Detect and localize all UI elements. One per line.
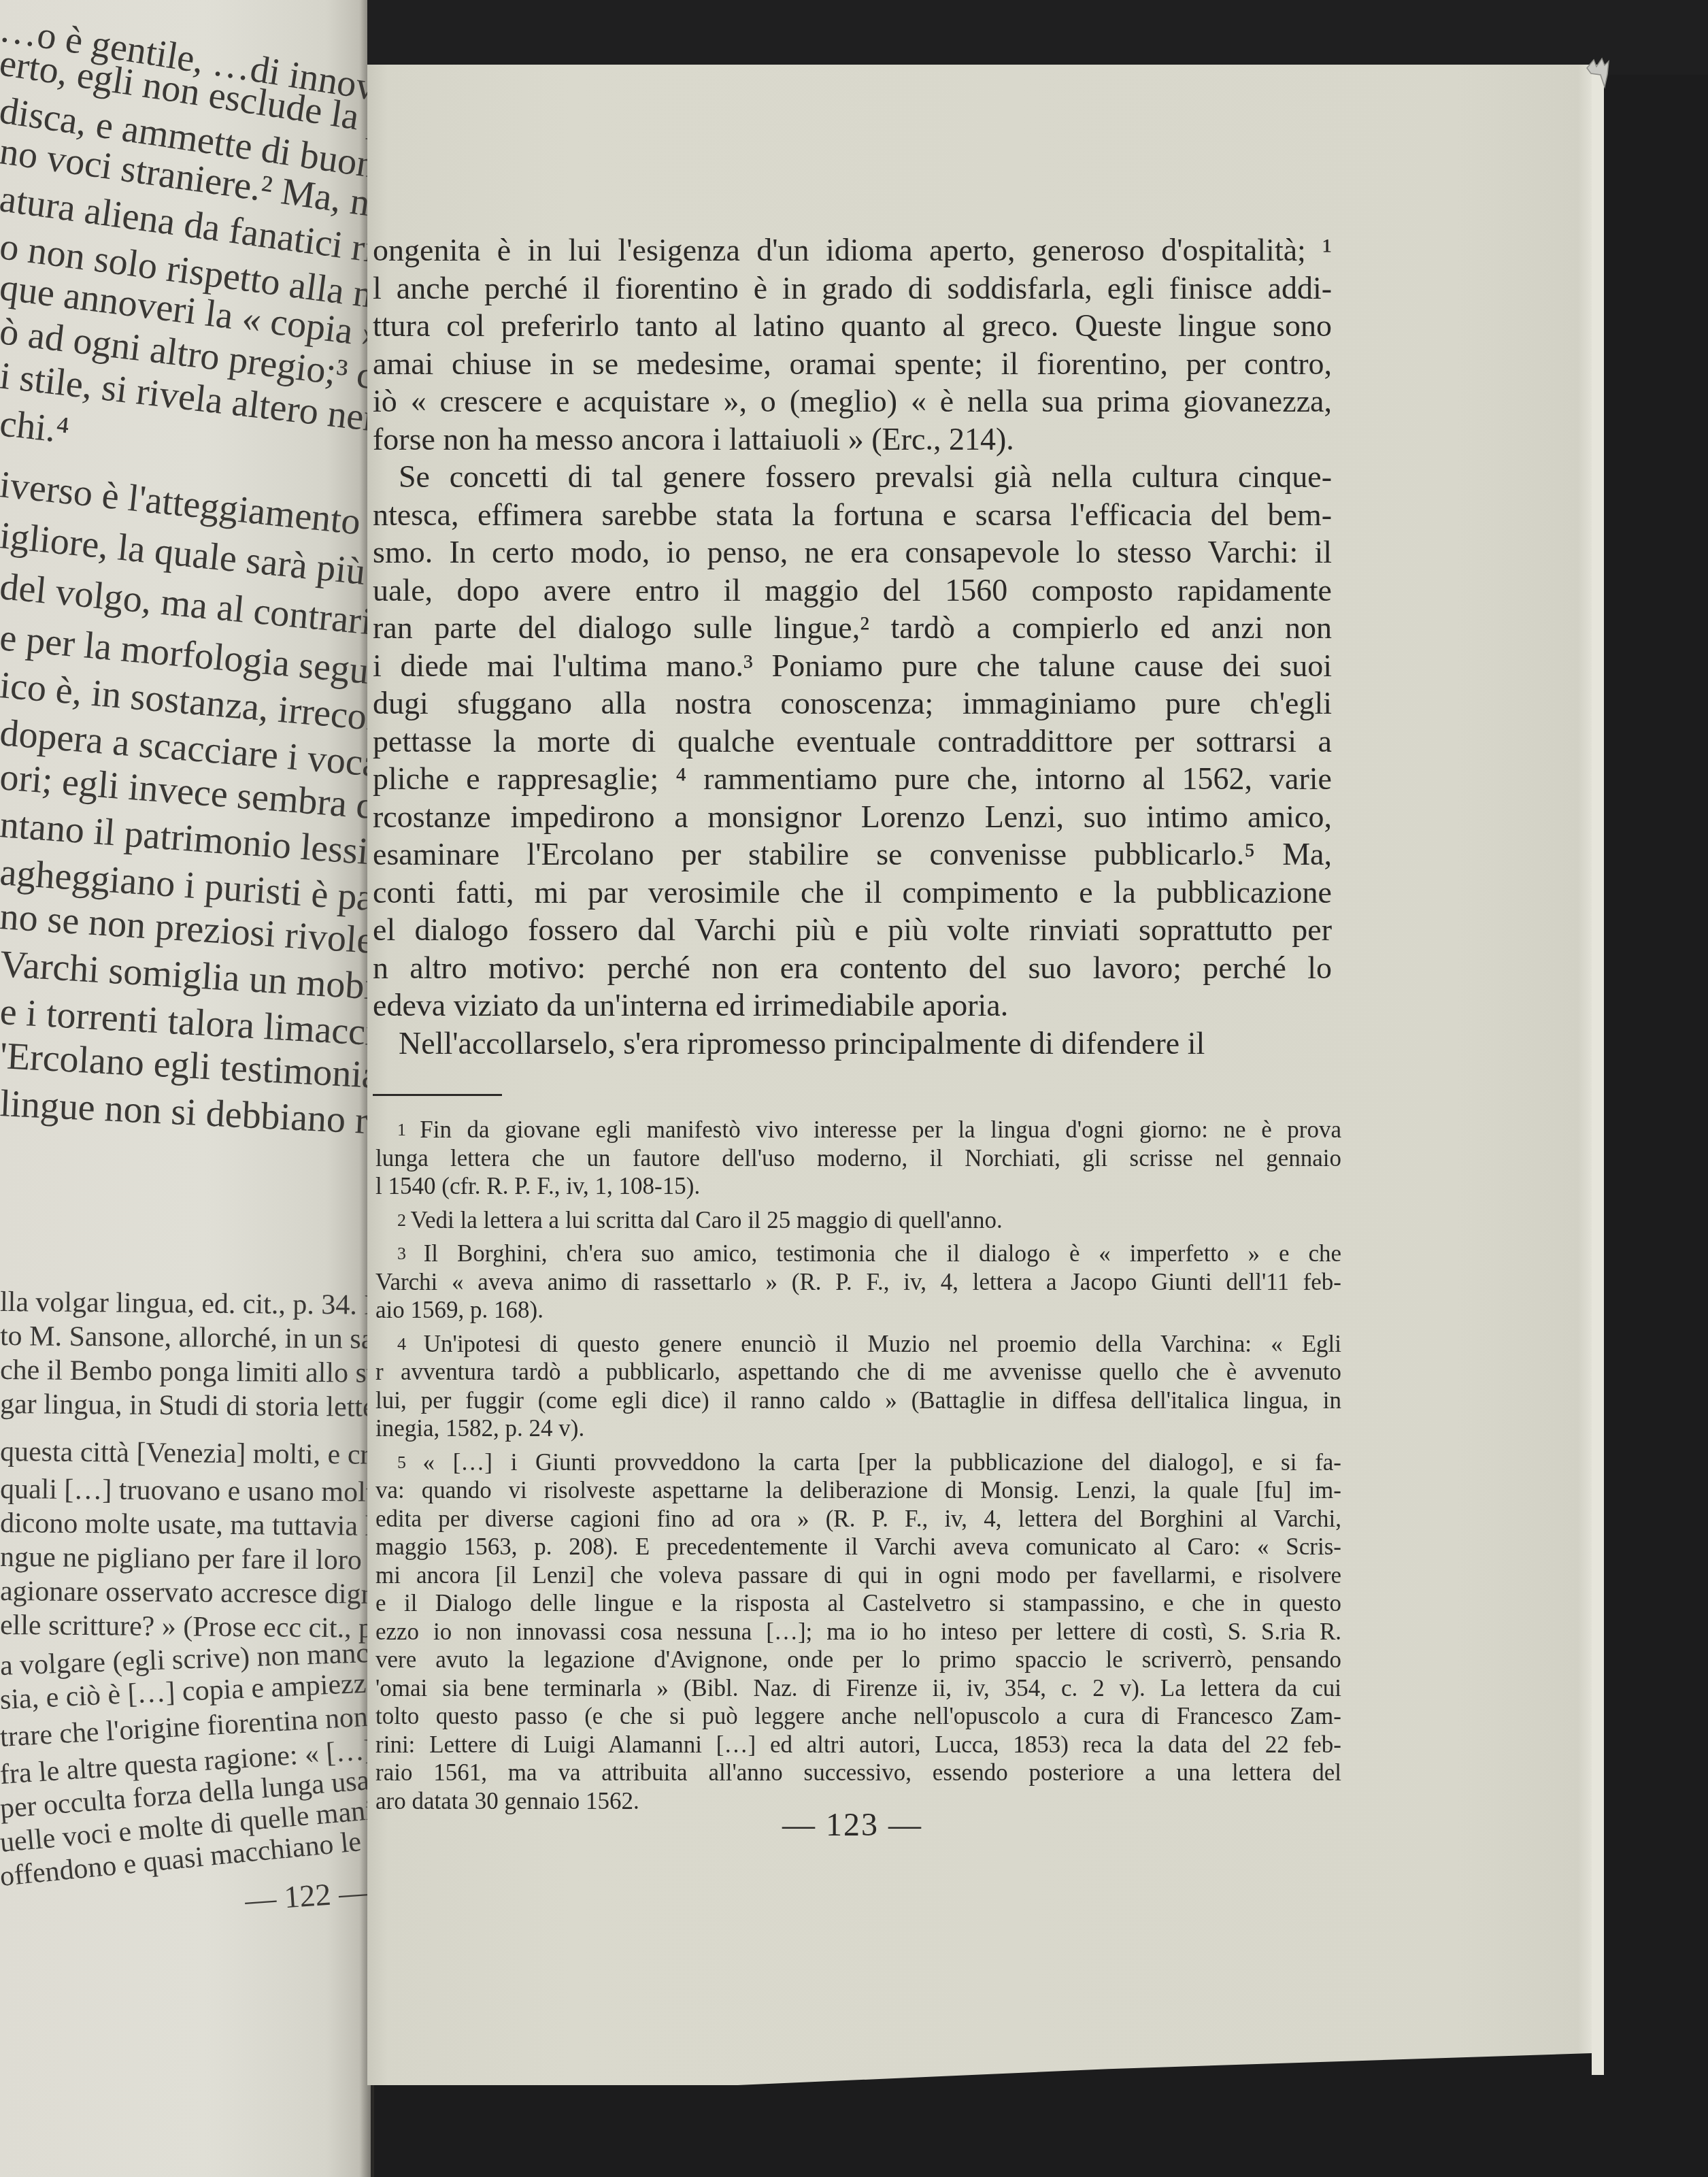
footnote-text: tolto questo passo (e che si può leggere… [375,1703,1341,1729]
paragraph: Se concetti di tal genere fossero preval… [373,458,1332,1025]
left-page-text: …o è gentile, …di innovazioni eerto, egl… [0,0,371,2177]
left-footnote-line: to M. Sansone, allorché, in un saggio [0,1320,371,1356]
text-line: edeva viziato da un'interna ed irrimedia… [373,986,1332,1025]
text-line: rcostanze impedirono a monsignor Lorenzo… [373,798,1332,836]
footnote-line: 2 Vedi la lettera a lui scritta dal Caro… [375,1206,1341,1235]
text-line: conti fatti, mi par verosimile che il co… [373,874,1332,912]
right-page-number: — 123 — [782,1806,922,1844]
text-line: forse non ha messo ancora i lattaiuoli »… [373,420,1332,459]
text-line: ran parte del dialogo sulle lingue,² tar… [373,609,1332,647]
right-page-body: ongenita è in lui l'esigenza d'un idioma… [373,231,1332,1062]
left-footnote-line: gar lingua, in Studi di storia letterari… [0,1388,371,1424]
text-line: pliche e rappresaglie; ⁴ rammentiamo pur… [373,760,1332,798]
text-line: el dialogo fossero dal Varchi più e più … [373,911,1332,949]
paragraph: ongenita è in lui l'esigenza d'un idioma… [373,231,1332,458]
footnote-text: vere avuto la legazione d'Avignone, onde… [375,1646,1341,1673]
footnote-line: aio 1569, p. 168). [375,1296,1341,1325]
footnote: 1 Fin da giovane egli manifestò vivo int… [375,1116,1341,1206]
torn-corner-icon [1581,54,1615,95]
left-footnote-line: dicono molte usate, ma tuttavia le pongo… [0,1507,371,1544]
footnote-text: r avventura tardò a pubblicarlo, aspetta… [375,1359,1341,1385]
right-page-footnotes: 1 Fin da giovane egli manifestò vivo int… [375,1116,1341,1821]
footnote-text: maggio 1563, p. 208). E precedentemente … [375,1533,1341,1560]
footnote-line: maggio 1563, p. 208). E precedentemente … [375,1533,1341,1561]
text-line: Se concetti di tal genere fossero preval… [373,458,1332,496]
footnote-line: 4 Un'ipotesi di questo genere enunciò il… [375,1330,1341,1359]
background [367,0,1708,75]
text-line: Nell'accollarselo, s'era ripromesso prin… [373,1025,1332,1063]
footnote-line: inegia, 1582, p. 24 v). [375,1414,1341,1443]
footnote-text: e il Dialogo delle lingue e la risposta … [375,1590,1341,1616]
footnote: 3 Il Borghini, ch'era suo amico, testimo… [375,1240,1341,1330]
footnote: 2 Vedi la lettera a lui scritta dal Caro… [375,1206,1341,1240]
footnote-line: tolto questo passo (e che si può leggere… [375,1702,1341,1731]
left-footnote-line: che il Bembo ponga limiti allo svolgimen… [0,1354,371,1391]
left-footnote-line: questa città [Venezia] molti, e credo [0,1435,371,1472]
footnote-text: raio 1561, ma va attribuita all'anno suc… [375,1759,1341,1786]
footnote-text: mi ancora [il Lenzi] che voleva passare … [375,1562,1341,1589]
footnote-text: Fin da giovane egli manifestò vivo inter… [420,1116,1341,1143]
footnote-line: rini: Lettere di Luigi Alamanni […] ed a… [375,1731,1341,1759]
text-line: esaminare l'Ercolano per stabilire se co… [373,835,1332,874]
left-text-line: chi.⁴ [0,401,71,452]
text-line: ongenita è in lui l'esigenza d'un idioma… [373,231,1332,269]
footnote-text: « […] i Giunti provveddono la carta [per… [422,1449,1341,1476]
footnote-text: aio 1569, p. 168). [375,1297,543,1323]
text-line: dugi sfuggano alla nostra conoscenza; im… [373,684,1332,722]
footnote-text: Vedi la lettera a lui scritta dal Caro i… [411,1207,1003,1233]
footnote-separator [373,1094,502,1096]
footnote-text: rini: Lettere di Luigi Alamanni […] ed a… [375,1731,1341,1758]
footnote-text: Un'ipotesi di questo genere enunciò il M… [424,1331,1341,1357]
footnote-text: lunga lettera che un fautore dell'uso mo… [375,1145,1341,1171]
text-line: i diede mai l'ultima mano.³ Poniamo pure… [373,647,1332,685]
footnote-line: lui, per fuggir (come egli dice) il rann… [375,1386,1341,1415]
text-line: smo. In certo modo, io penso, ne era con… [373,533,1332,571]
footnote: 5 « […] i Giunti provveddono la carta [p… [375,1448,1341,1821]
footnote-number: 5 [397,1452,422,1472]
text-line: n altro motivo: perché non era contento … [373,949,1332,987]
footnote-text: Varchi « aveva animo di rassettarlo » (R… [375,1269,1341,1295]
left-footnote-line: agionare osservato accresce dignità e [0,1575,371,1611]
footnote-text: inegia, 1582, p. 24 v). [375,1415,584,1442]
text-line: ntesca, effimera sarebbe stata la fortun… [373,496,1332,534]
footnote-text: va: quando vi risolveste aspettarne la d… [375,1477,1341,1503]
left-footnote-line: lla volgar lingua, ed. cit., p. 34. Di q… [0,1286,371,1323]
footnote-line: Varchi « aveva animo di rassettarlo » (R… [375,1268,1341,1297]
footnote-line: 1 Fin da giovane egli manifestò vivo int… [375,1116,1341,1144]
footnote-line: 'omai sia bene terminarla » (Bibl. Naz. … [375,1674,1341,1703]
footnote-line: edita per diverse cagioni fino ad ora » … [375,1505,1341,1533]
footnote-text: l 1540 (cfr. R. P. F., iv, 1, 108-15). [375,1173,700,1199]
footnote-line: 3 Il Borghini, ch'era suo amico, testimo… [375,1240,1341,1268]
text-line: ttura col preferirlo tanto al latino qua… [373,307,1332,345]
footnote-text: lui, per fuggir (come egli dice) il rann… [375,1387,1341,1414]
page-edge [1592,68,1604,2075]
footnote-line: lunga lettera che un fautore dell'uso mo… [375,1144,1341,1173]
footnote-number: 4 [397,1334,424,1354]
left-footnote-line: ngue ne pigliano per fare il loro parlar… [0,1541,371,1578]
footnote-text: ezzo io non innovassi cosa nessuna […]; … [375,1618,1341,1645]
footnote-line: r avventura tardò a pubblicarlo, aspetta… [375,1358,1341,1386]
text-line: pettasse la morte di qualche eventuale c… [373,722,1332,761]
text-line: amai chiuse in se medesime, oramai spent… [373,345,1332,383]
text-line: l anche perché il fiorentino è in grado … [373,269,1332,308]
text-line: uale, dopo avere entro il maggio del 156… [373,571,1332,610]
footnote-number: 3 [397,1244,424,1263]
footnote-line: e il Dialogo delle lingue e la risposta … [375,1589,1341,1618]
footnote-line: raio 1561, ma va attribuita all'anno suc… [375,1759,1341,1787]
paragraph: Nell'accollarselo, s'era ripromesso prin… [373,1025,1332,1063]
footnote-text: Il Borghini, ch'era suo amico, testimoni… [424,1240,1341,1267]
footnote-line: mi ancora [il Lenzi] che voleva passare … [375,1561,1341,1590]
footnote-number: 2 [397,1210,411,1230]
footnote-text: 'omai sia bene terminarla » (Bibl. Naz. … [375,1675,1341,1701]
left-footnote-line: quali […] truovano e usano molte voci [0,1473,371,1510]
footnote-line: 5 « […] i Giunti provveddono la carta [p… [375,1448,1341,1477]
footnote-text: aro datata 30 gennaio 1562. [375,1788,639,1814]
text-line: iò « crescere e acquistare », o (meglio)… [373,382,1332,420]
footnote: 4 Un'ipotesi di questo genere enunciò il… [375,1330,1341,1448]
footnote-line: ezzo io non innovassi cosa nessuna […]; … [375,1618,1341,1646]
footnote-line: va: quando vi risolveste aspettarne la d… [375,1476,1341,1505]
footnote-number: 1 [397,1120,420,1140]
footnote-line: vere avuto la legazione d'Avignone, onde… [375,1646,1341,1674]
footnote-text: edita per diverse cagioni fino ad ora » … [375,1506,1341,1532]
footnote-line: l 1540 (cfr. R. P. F., iv, 1, 108-15). [375,1172,1341,1201]
